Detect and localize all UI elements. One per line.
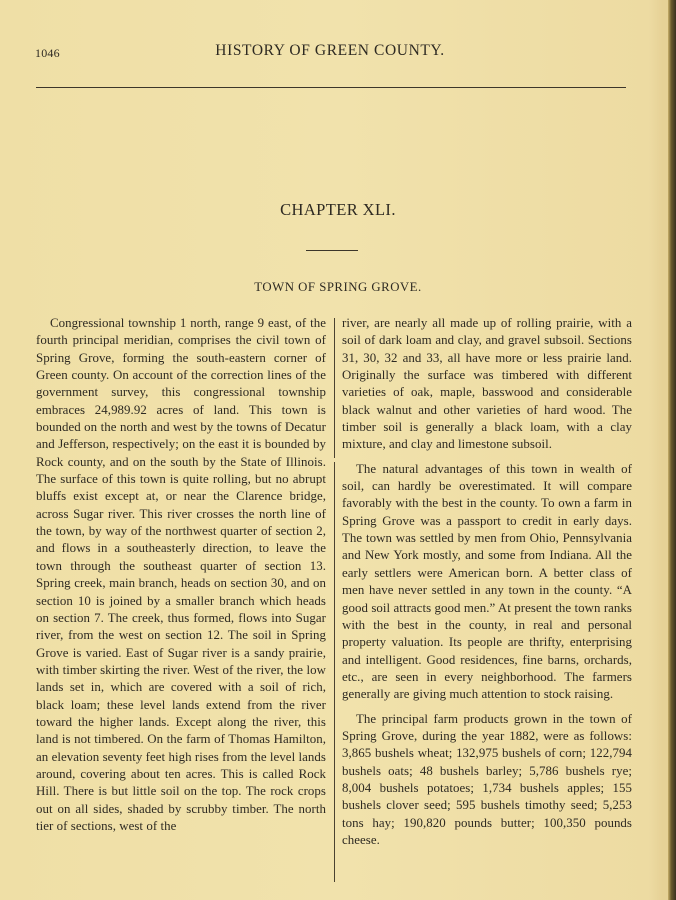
right-column: river, are nearly all made up of rolling… bbox=[342, 315, 632, 849]
column-divider bbox=[334, 462, 335, 882]
chapter-rule bbox=[306, 250, 358, 251]
paragraph: The principal farm products grown in the… bbox=[342, 711, 632, 850]
left-column: Congressional township 1 north, range 9 … bbox=[36, 315, 326, 835]
chapter-title: CHAPTER XLI. bbox=[0, 200, 676, 220]
column-divider bbox=[334, 318, 335, 458]
book-binding-edge bbox=[668, 0, 676, 900]
running-head: 1046 HISTORY OF GREEN COUNTY. bbox=[35, 40, 625, 60]
header-rule bbox=[36, 87, 626, 88]
section-title: TOWN OF SPRING GROVE. bbox=[0, 280, 676, 295]
paragraph-continued: river, are nearly all made up of rolling… bbox=[342, 315, 632, 454]
book-page: 1046 HISTORY OF GREEN COUNTY. CHAPTER XL… bbox=[0, 0, 676, 900]
paragraph: The natural advantages of this town in w… bbox=[342, 461, 632, 704]
paragraph: Congressional township 1 north, range 9 … bbox=[36, 315, 326, 835]
running-title: HISTORY OF GREEN COUNTY. bbox=[35, 42, 625, 60]
